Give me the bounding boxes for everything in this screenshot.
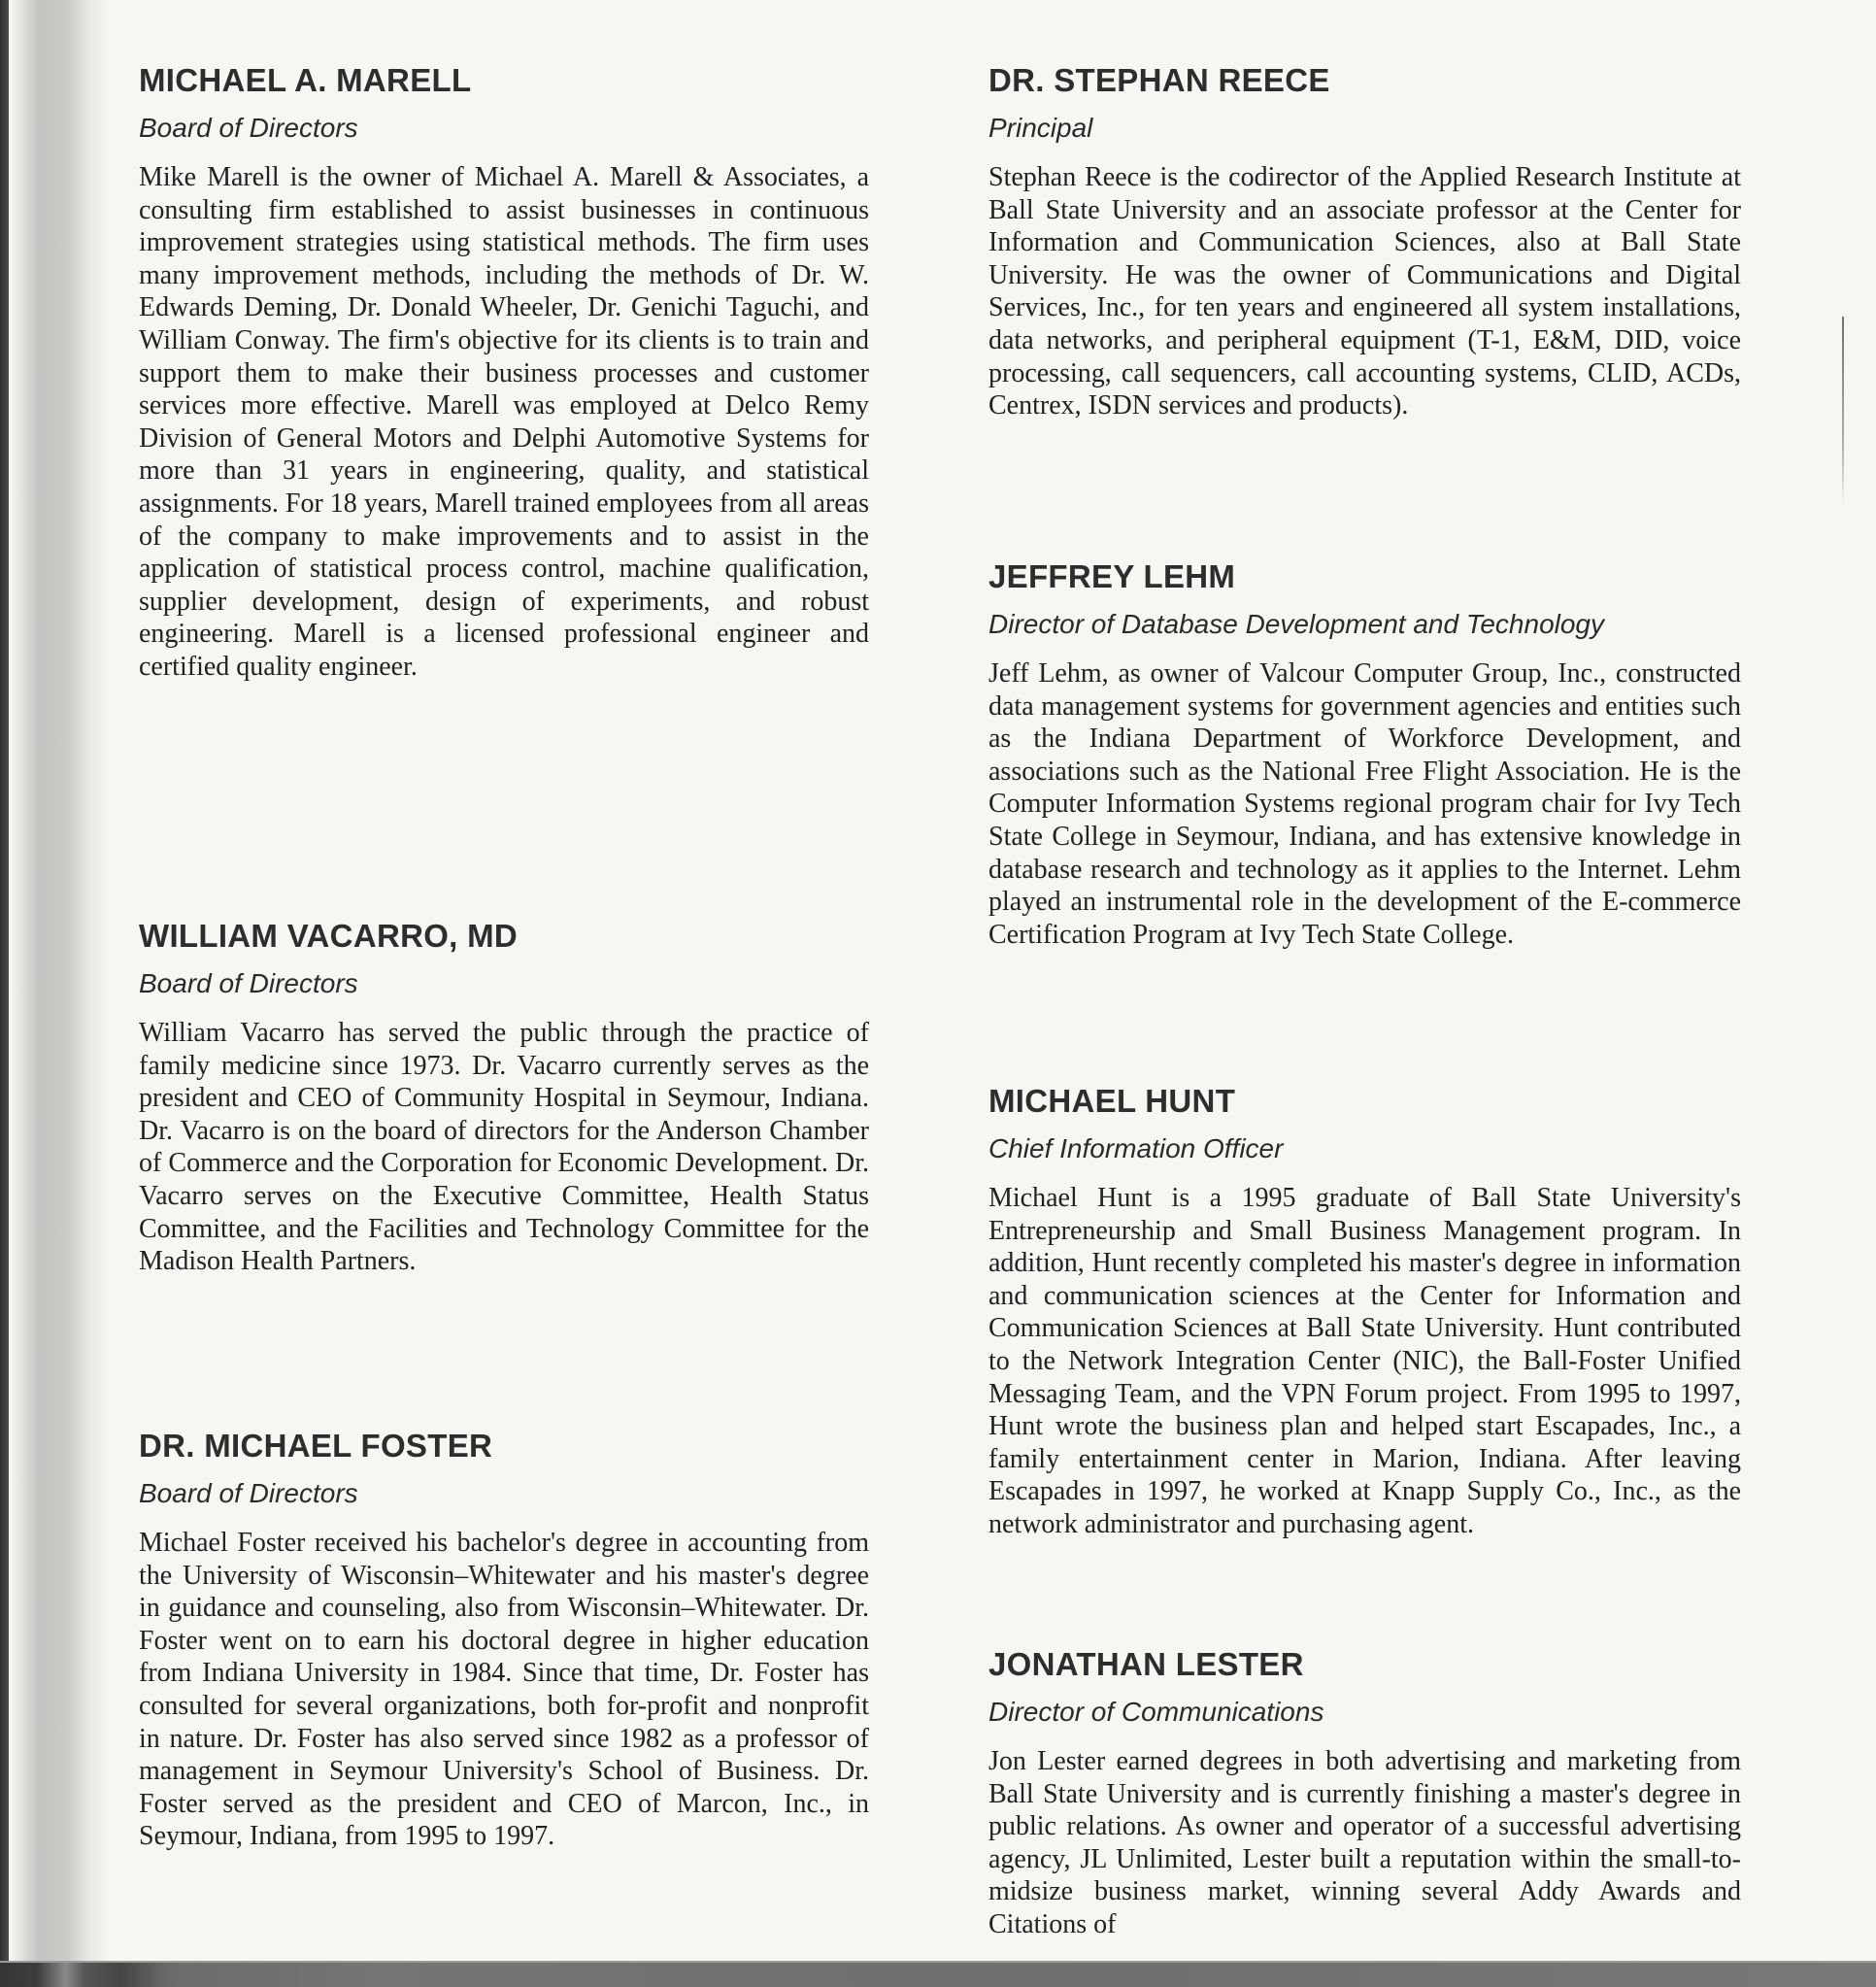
bottom-scan-band	[0, 1961, 1876, 1987]
entry-name: WILLIAM VACARRO, MD	[139, 918, 869, 955]
entry-bio: Jeff Lehm, as owner of Valcour Computer …	[988, 657, 1741, 951]
entry-name: DR. STEPHAN REECE	[988, 62, 1741, 99]
entry-title: Director of Communications	[988, 1697, 1741, 1728]
entry-bio: Jon Lester earned degrees in both advert…	[988, 1745, 1741, 1941]
entry-title: Principal	[988, 113, 1741, 144]
entry-title: Board of Directors	[139, 1478, 869, 1509]
entry-bio: Stephan Reece is the codirector of the A…	[988, 161, 1741, 422]
book-binding-edge	[0, 0, 9, 1987]
entry-title: Director of Database Development and Tec…	[988, 609, 1741, 640]
entry-name: DR. MICHAEL FOSTER	[139, 1428, 869, 1465]
entry-name: MICHAEL HUNT	[988, 1083, 1741, 1120]
entry-name: MICHAEL A. MARELL	[139, 62, 869, 99]
entry-bio: Michael Hunt is a 1995 graduate of Ball …	[988, 1182, 1741, 1541]
bio-entry-lester: JONATHAN LESTER Director of Communicatio…	[988, 1646, 1741, 1941]
bio-entry-foster: DR. MICHAEL FOSTER Board of Directors Mi…	[139, 1428, 869, 1853]
bio-entry-hunt: MICHAEL HUNT Chief Information Officer M…	[988, 1083, 1741, 1541]
entry-title: Board of Directors	[139, 968, 869, 999]
scan-line-artifact	[1842, 317, 1844, 506]
entry-name: JEFFREY LEHM	[988, 558, 1741, 595]
entry-title: Board of Directors	[139, 113, 869, 144]
entry-bio: William Vacarro has served the public th…	[139, 1017, 869, 1278]
bio-entry-lehm: JEFFREY LEHM Director of Database Develo…	[988, 558, 1741, 951]
entry-bio: Mike Marell is the owner of Michael A. M…	[139, 161, 869, 684]
entry-name: JONATHAN LESTER	[988, 1646, 1741, 1683]
scanned-book-page: MICHAEL A. MARELL Board of Directors Mik…	[0, 0, 1876, 1987]
entry-bio: Michael Foster received his bachelor's d…	[139, 1527, 869, 1853]
bio-entry-reece: DR. STEPHAN REECE Principal Stephan Reec…	[988, 62, 1741, 422]
gutter-shadow	[12, 0, 111, 1987]
bio-entry-marell: MICHAEL A. MARELL Board of Directors Mik…	[139, 62, 869, 684]
entry-title: Chief Information Officer	[988, 1133, 1741, 1164]
bio-entry-vacarro: WILLIAM VACARRO, MD Board of Directors W…	[139, 918, 869, 1278]
